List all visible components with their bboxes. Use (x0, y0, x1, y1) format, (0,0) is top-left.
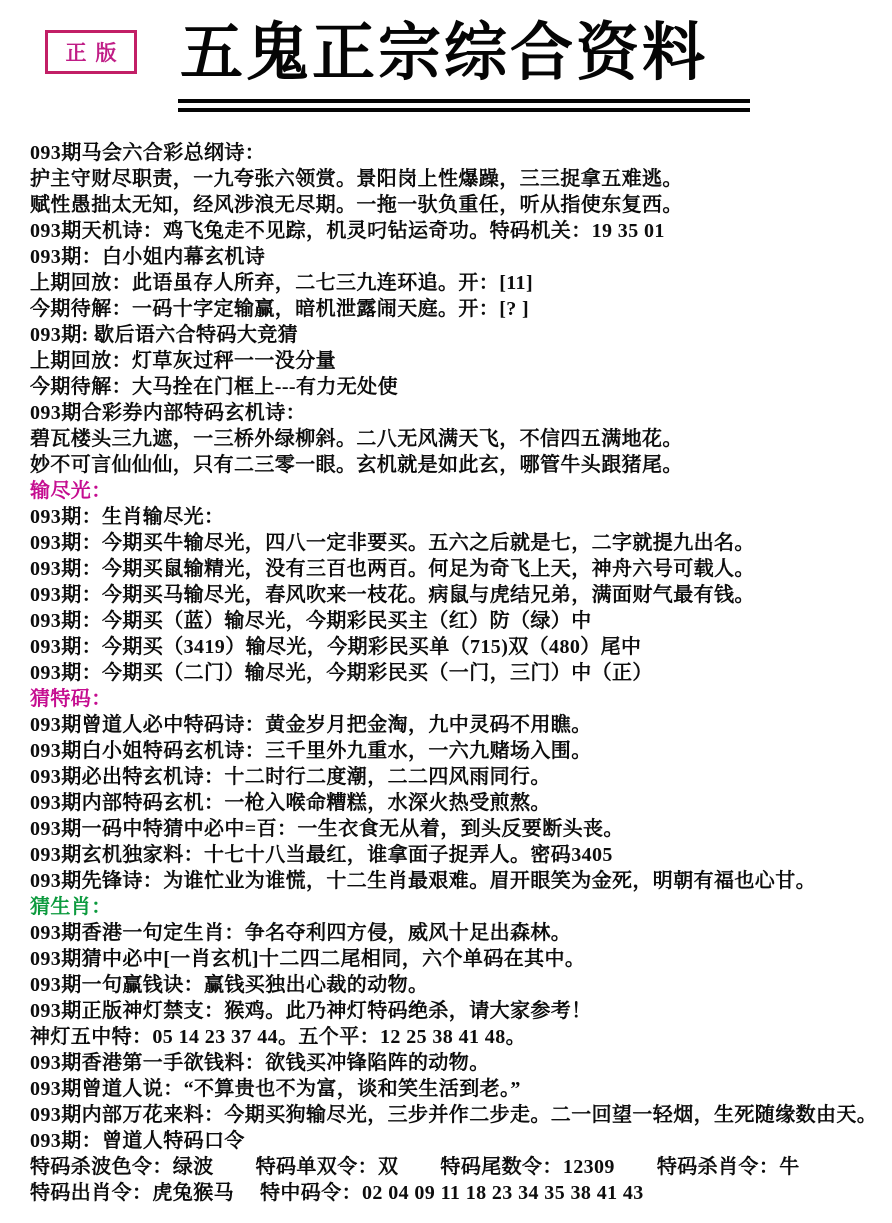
text-line: 093期：曾道人特码口令 (30, 1128, 884, 1154)
text-line: 上期回放：灯草灰过秤一一没分量 (30, 348, 884, 374)
title-underline-top (178, 99, 750, 103)
section-heading: 猜特码： (30, 686, 884, 712)
directive-row: 特码出肖令：虎兔猴马特中码令：02 04 09 11 18 23 34 35 3… (30, 1180, 884, 1206)
directive-item: 特码杀波色令：绿波 (30, 1154, 214, 1180)
title-underline-bottom (178, 108, 750, 112)
edition-badge: 正版 (45, 30, 137, 74)
text-line: 碧瓦楼头三九遮，一三桥外绿柳斜。二八无风满天飞，不信四五满地花。 (30, 426, 884, 452)
text-line: 093期曾道人必中特码诗：黄金岁月把金淘，九中灵码不用瞧。 (30, 712, 884, 738)
text-line: 093期必出特玄机诗：十二时行二度潮，二二四风雨同行。 (30, 764, 884, 790)
text-line: 093期：今期买鼠输精光，没有三百也两百。何足为奇飞上天，神舟六号可载人。 (30, 556, 884, 582)
directive-row: 特码杀波色令：绿波特码单双令：双特码尾数令：12309特码杀肖令：牛 (30, 1154, 884, 1180)
text-line: 093期：白小姐内幕玄机诗 (30, 244, 884, 270)
text-line: 093期一码中特猜中必中=百：一生衣食无从着，到头反要断头丧。 (30, 816, 884, 842)
text-line: 093期合彩券内部特码玄机诗： (30, 400, 884, 426)
text-line: 093期一句赢钱诀：赢钱买独出心裁的动物。 (30, 972, 884, 998)
tip-sheet-page: 正版 五鬼正宗综合资料 093期马会六合彩总纲诗：护主守财尽职责，一九夸张六领赏… (0, 0, 892, 1223)
text-line: 093期香港第一手欲钱料：欲钱买冲锋陷阵的动物。 (30, 1050, 884, 1076)
text-line: 093期香港一句定生肖：争名夺利四方侵，威风十足出森林。 (30, 920, 884, 946)
text-line: 093期白小姐特码玄机诗：三千里外九重水，一六九赌场入围。 (30, 738, 884, 764)
text-line: 093期：今期买马输尽光，春风吹来一枝花。病鼠与虎结兄弟，满面财气最有钱。 (30, 582, 884, 608)
directive-item: 特中码令：02 04 09 11 18 23 34 35 38 41 43 (260, 1180, 644, 1206)
content-lines: 093期马会六合彩总纲诗：护主守财尽职责，一九夸张六领赏。景阳岗上性爆躁，三三捉… (30, 140, 884, 1154)
text-line: 093期：生肖输尽光： (30, 504, 884, 530)
text-line: 093期：今期买（3419）输尽光，今期彩民买单（715)双（480）尾中 (30, 634, 884, 660)
text-line: 093期先锋诗：为谁忙业为谁慌，十二生肖最艰难。眉开眼笑为金死，明朝有福也心甘。 (30, 868, 884, 894)
text-line: 093期：今期买（蓝）输尽光，今期彩民买主（红）防（绿）中 (30, 608, 884, 634)
section-heading: 猜生肖： (30, 894, 884, 920)
directive-item: 特码尾数令：12309 (440, 1154, 614, 1180)
text-line: 护主守财尽职责，一九夸张六领赏。景阳岗上性爆躁，三三捉拿五难逃。 (30, 166, 884, 192)
edition-badge-label: 正版 (57, 37, 126, 67)
text-line: 093期正版神灯禁支：猴鸡。此乃神灯特码绝杀，请大家参考！ (30, 998, 884, 1024)
text-line: 093期猜中必中[一肖玄机]十二四二尾相同，六个单码在其中。 (30, 946, 884, 972)
text-line: 093期：今期买（二门）输尽光，今期彩民买（一门，三门）中（正） (30, 660, 884, 686)
directive-item: 特码杀肖令：牛 (657, 1154, 800, 1180)
text-line: 093期玄机独家料：十七十八当最红，谁拿面子捉弄人。密码3405 (30, 842, 884, 868)
text-line: 今期待解：一码十字定输赢，暗机泄露闹天庭。开：[? ] (30, 296, 884, 322)
text-line: 093期内部特码玄机：一枪入喉命糟糕，水深火热受煎熬。 (30, 790, 884, 816)
text-line: 上期回放：此语虽存人所弃，二七三九连环追。开：[11] (30, 270, 884, 296)
text-line: 神灯五中特：05 14 23 37 44。五个平：12 25 38 41 48。 (30, 1024, 884, 1050)
code-directives-footer: 特码杀波色令：绿波特码单双令：双特码尾数令：12309特码杀肖令：牛特码出肖令：… (30, 1154, 884, 1206)
directive-item: 特码单双令：双 (256, 1154, 399, 1180)
text-line: 赋性愚拙太无知，经风涉浪无尽期。一拖一驮负重任，听从指使东复西。 (30, 192, 884, 218)
text-line: 093期马会六合彩总纲诗： (30, 140, 884, 166)
text-line: 妙不可言仙仙仙，只有二三零一眼。玄机就是如此玄，哪管牛头跟猪尾。 (30, 452, 884, 478)
text-line: 093期: 歇后语六合特码大竞猜 (30, 322, 884, 348)
page-title: 五鬼正宗综合资料 (180, 10, 708, 96)
text-line: 093期内部万花来料：今期买狗输尽光，三步并作二步走。二一回望一轻烟，生死随缘数… (30, 1102, 884, 1128)
text-line: 今期待解：大马拴在门框上---有力无处使 (30, 374, 884, 400)
text-line: 093期天机诗：鸡飞兔走不见踪，机灵叼钻运奇功。特码机关：19 35 01 (30, 218, 884, 244)
directive-item: 特码出肖令：虎兔猴马 (30, 1180, 234, 1206)
section-heading: 输尽光： (30, 478, 884, 504)
text-line: 093期：今期买牛输尽光，四八一定非要买。五六之后就是七，二字就提九出名。 (30, 530, 884, 556)
text-line: 093期曾道人说：“不算贵也不为富，谈和笑生活到老。” (30, 1076, 884, 1102)
